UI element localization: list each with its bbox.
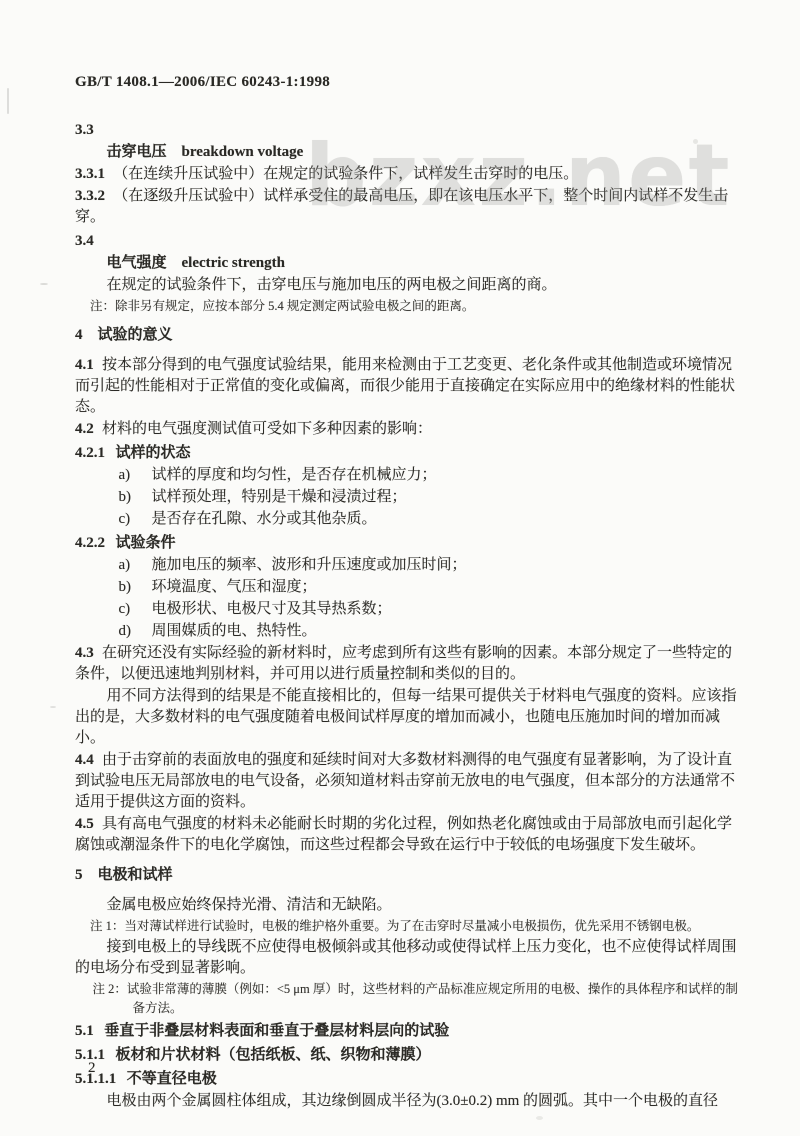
list-marker: a) [119,555,152,576]
clause-number: 5 [75,867,83,883]
block-text: 垂直于非叠层材料表面和垂直于叠层材料层向的试验 [104,1023,449,1039]
clause-number: 4.1 [75,357,94,373]
block-text: 试样的厚度和均匀性，是否存在机械应力； [152,467,437,483]
clause-number: 4.2.1 [75,445,105,461]
block-text: （在连续升压试验中）在规定的试验条件下，试样发生击穿时的电压。 [113,166,578,182]
block-3-3: 3.3 [75,120,738,141]
block-text: 用不同方法得到的结果是不能直接相比的，但每一结果可提供关于材料电气强度的资料。应… [75,688,737,746]
list-marker: b) [119,577,152,598]
block-list-14: c)是否存在孔隙、水分或其他杂质。 [75,509,738,530]
page-number: 2 [88,1058,96,1079]
block-list-13: b)试样预处理，特别是干燥和浸渍过程； [75,487,738,508]
block-text: 环境温度、气压和湿度； [152,579,317,595]
clause-number: 3.4 [75,233,94,249]
list-marker: c) [119,599,152,620]
block-text: 金属电极应始终保持光滑、清洁和无缺陷。 [107,897,392,913]
block-text: 试验的意义 [98,327,173,343]
scan-speck [40,283,48,285]
block-4-5: 4.5具有高电气强度的材料未必能耐长时期的劣化过程，例如热老化腐蚀或由于局部放电… [75,814,738,856]
clause-number: 3.3.2 [75,188,105,204]
block-text: 板材和片状材料（包括纸板、纸、织物和薄膜） [116,1047,431,1063]
block-list-17: b)环境温度、气压和湿度； [75,577,738,598]
block-list-19: d)周围媒质的电、热特性。 [75,621,738,642]
block-3-4: 3.4 [75,231,738,252]
block-4: 4试验的意义 [75,325,738,346]
block-text: 由于击穿前的表面放电的强度和延续时间对大多数材料测得的电气强度有显著影响，为了设… [75,752,735,810]
clause-number: 4.2 [75,421,94,437]
block-5-1-1: 5.1.1板材和片状材料（包括纸板、纸、织物和薄膜） [75,1045,738,1066]
block-text: 在规定的试验条件下，击穿电压与施加电压的两电极之间距离的商。 [107,277,557,293]
list-marker: d) [119,621,152,642]
block-4-2: 4.2材料的电气强度测试值可受如下多种因素的影响： [75,419,738,440]
block-indent-25: 金属电极应始终保持光滑、清洁和无缺陷。 [75,895,738,916]
block-list-16: a)施加电压的频率、波形和升压速度或加压时间； [75,555,738,576]
block-note-26: 注 1：当对薄试样进行试验时，电极的维护格外重要。为了在击穿时尽量减小电极损伤，… [75,917,738,936]
block-4-4: 4.4由于击穿前的表面放电的强度和延续时间对大多数材料测得的电气强度有显著影响，… [75,750,738,813]
block-text: 按本部分得到的电气强度试验结果，能用来检测由于工艺变更、老化条件或其他制造或环境… [75,357,735,415]
clause-number: 4.4 [75,752,94,768]
block-note2-28: 注 2：试验非常薄的薄膜（例如：<5 μm 厚）时，这些材料的产品标准应规定所用… [75,980,738,1018]
block-text: 是否存在孔隙、水分或其他杂质。 [152,511,377,527]
block-indent-32: 电极由两个金属圆柱体组成，其边缘倒圆成半径为(3.0±0.2) mm 的圆弧。其… [75,1091,738,1112]
block-indent-27: 接到电极上的导线既不应使得电极倾斜或其他移动或使得试样上压力变化，也不应使得试样… [75,937,738,979]
block-text: 电极和试样 [98,867,173,883]
block-4-2-2: 4.2.2试验条件 [75,533,738,554]
clause-number: 4.2.2 [75,535,105,551]
block-text: 注 2：试验非常薄的薄膜（例如：<5 μm 厚）时，这些材料的产品标准应规定所用… [93,982,738,1015]
block-text: 试样的状态 [116,445,191,461]
block-text: 试验条件 [116,535,176,551]
scan-speck [7,88,9,114]
block-text: 击穿电压 breakdown voltage [107,144,304,160]
block-text: 施加电压的频率、波形和升压速度或加压时间； [152,557,467,573]
clause-number: 5.1 [75,1023,94,1039]
block-3-3-2: 3.3.2（在逐级升压试验中）试样承受住的最高电压，即在该电压水平下，整个时间内… [75,186,738,228]
block-5: 5电极和试样 [75,865,738,886]
clause-number: 3.3.1 [75,166,105,182]
block-text: 具有高电气强度的材料未必能耐长时期的劣化过程，例如热老化腐蚀或由于局部放电而引起… [75,816,732,853]
list-marker: a) [119,465,152,486]
clause-number: 4 [75,327,83,343]
list-marker: c) [119,509,152,530]
clause-number: 3.3 [75,122,94,138]
block-text: 周围媒质的电、热特性。 [152,623,317,639]
block-text: 电极形状、电极尺寸及其导热系数； [152,601,392,617]
block-text: （在逐级升压试验中）试样承受住的最高电压，即在该电压水平下，整个时间内试样不发生… [75,188,728,225]
block-text: 在研究还没有实际经验的新材料时，应考虑到所有这些有影响的因素。本部分规定了一些特… [75,645,732,682]
block-4-3: 4.3在研究还没有实际经验的新材料时，应考虑到所有这些有影响的因素。本部分规定了… [75,643,738,685]
block-text: 接到电极上的导线既不应使得电极倾斜或其他移动或使得试样上压力变化，也不应使得试样… [75,939,737,976]
block-3-3-1: 3.3.1（在连续升压试验中）在规定的试验条件下，试样发生击穿时的电压。 [75,164,738,185]
block-text: 不等直径电极 [127,1071,217,1087]
block-text: 电气强度 electric strength [107,255,285,271]
block-4-1: 4.1按本部分得到的电气强度试验结果，能用来检测由于工艺变更、老化条件或其他制造… [75,355,738,418]
clause-number: 4.5 [75,816,94,832]
list-marker: b) [119,487,152,508]
scan-speck [536,1116,543,1120]
block-text: 试样预处理，特别是干燥和浸渍过程； [152,489,407,505]
block-text: 电极由两个金属圆柱体组成，其边缘倒圆成半径为(3.0±0.2) mm 的圆弧。其… [107,1093,719,1109]
block-indent-21: 用不同方法得到的结果是不能直接相比的，但每一结果可提供关于材料电气强度的资料。应… [75,686,738,749]
block-list-18: c)电极形状、电极尺寸及其导热系数； [75,599,738,620]
standard-number-header: GB/T 1408.1—2006/IEC 60243-1:1998 [75,72,738,93]
scan-speck [50,706,56,708]
block-text: 材料的电气强度测试值可受如下多种因素的影响： [102,421,432,437]
scanned-document-page: bzxz.net GB/T 1408.1—2006/IEC 60243-1:19… [0,0,800,1136]
block-text: 注 1：当对薄试样进行试验时，电极的维护格外重要。为了在击穿时尽量减小电极损伤，… [90,919,699,933]
block-5-1: 5.1垂直于非叠层材料表面和垂直于叠层材料层向的试验 [75,1021,738,1042]
block-indent-6: 在规定的试验条件下，击穿电压与施加电压的两电极之间距离的商。 [75,275,738,296]
clause-number: 4.3 [75,645,94,661]
block-5-1-1-1: 5.1.1.1不等直径电极 [75,1069,738,1090]
block-text: 注：除非另有规定，应按本部分 5.4 规定测定两试验电极之间的距离。 [90,299,474,313]
block-note-7: 注：除非另有规定，应按本部分 5.4 规定测定两试验电极之间的距离。 [75,297,738,316]
block-term-5: 电气强度 electric strength [75,253,738,274]
block-list-12: a)试样的厚度和均匀性，是否存在机械应力； [75,465,738,486]
block-4-2-1: 4.2.1试样的状态 [75,443,738,464]
document-body: 3.3击穿电压 breakdown voltage3.3.1（在连续升压试验中）… [75,120,738,1112]
block-term-1: 击穿电压 breakdown voltage [75,142,738,163]
